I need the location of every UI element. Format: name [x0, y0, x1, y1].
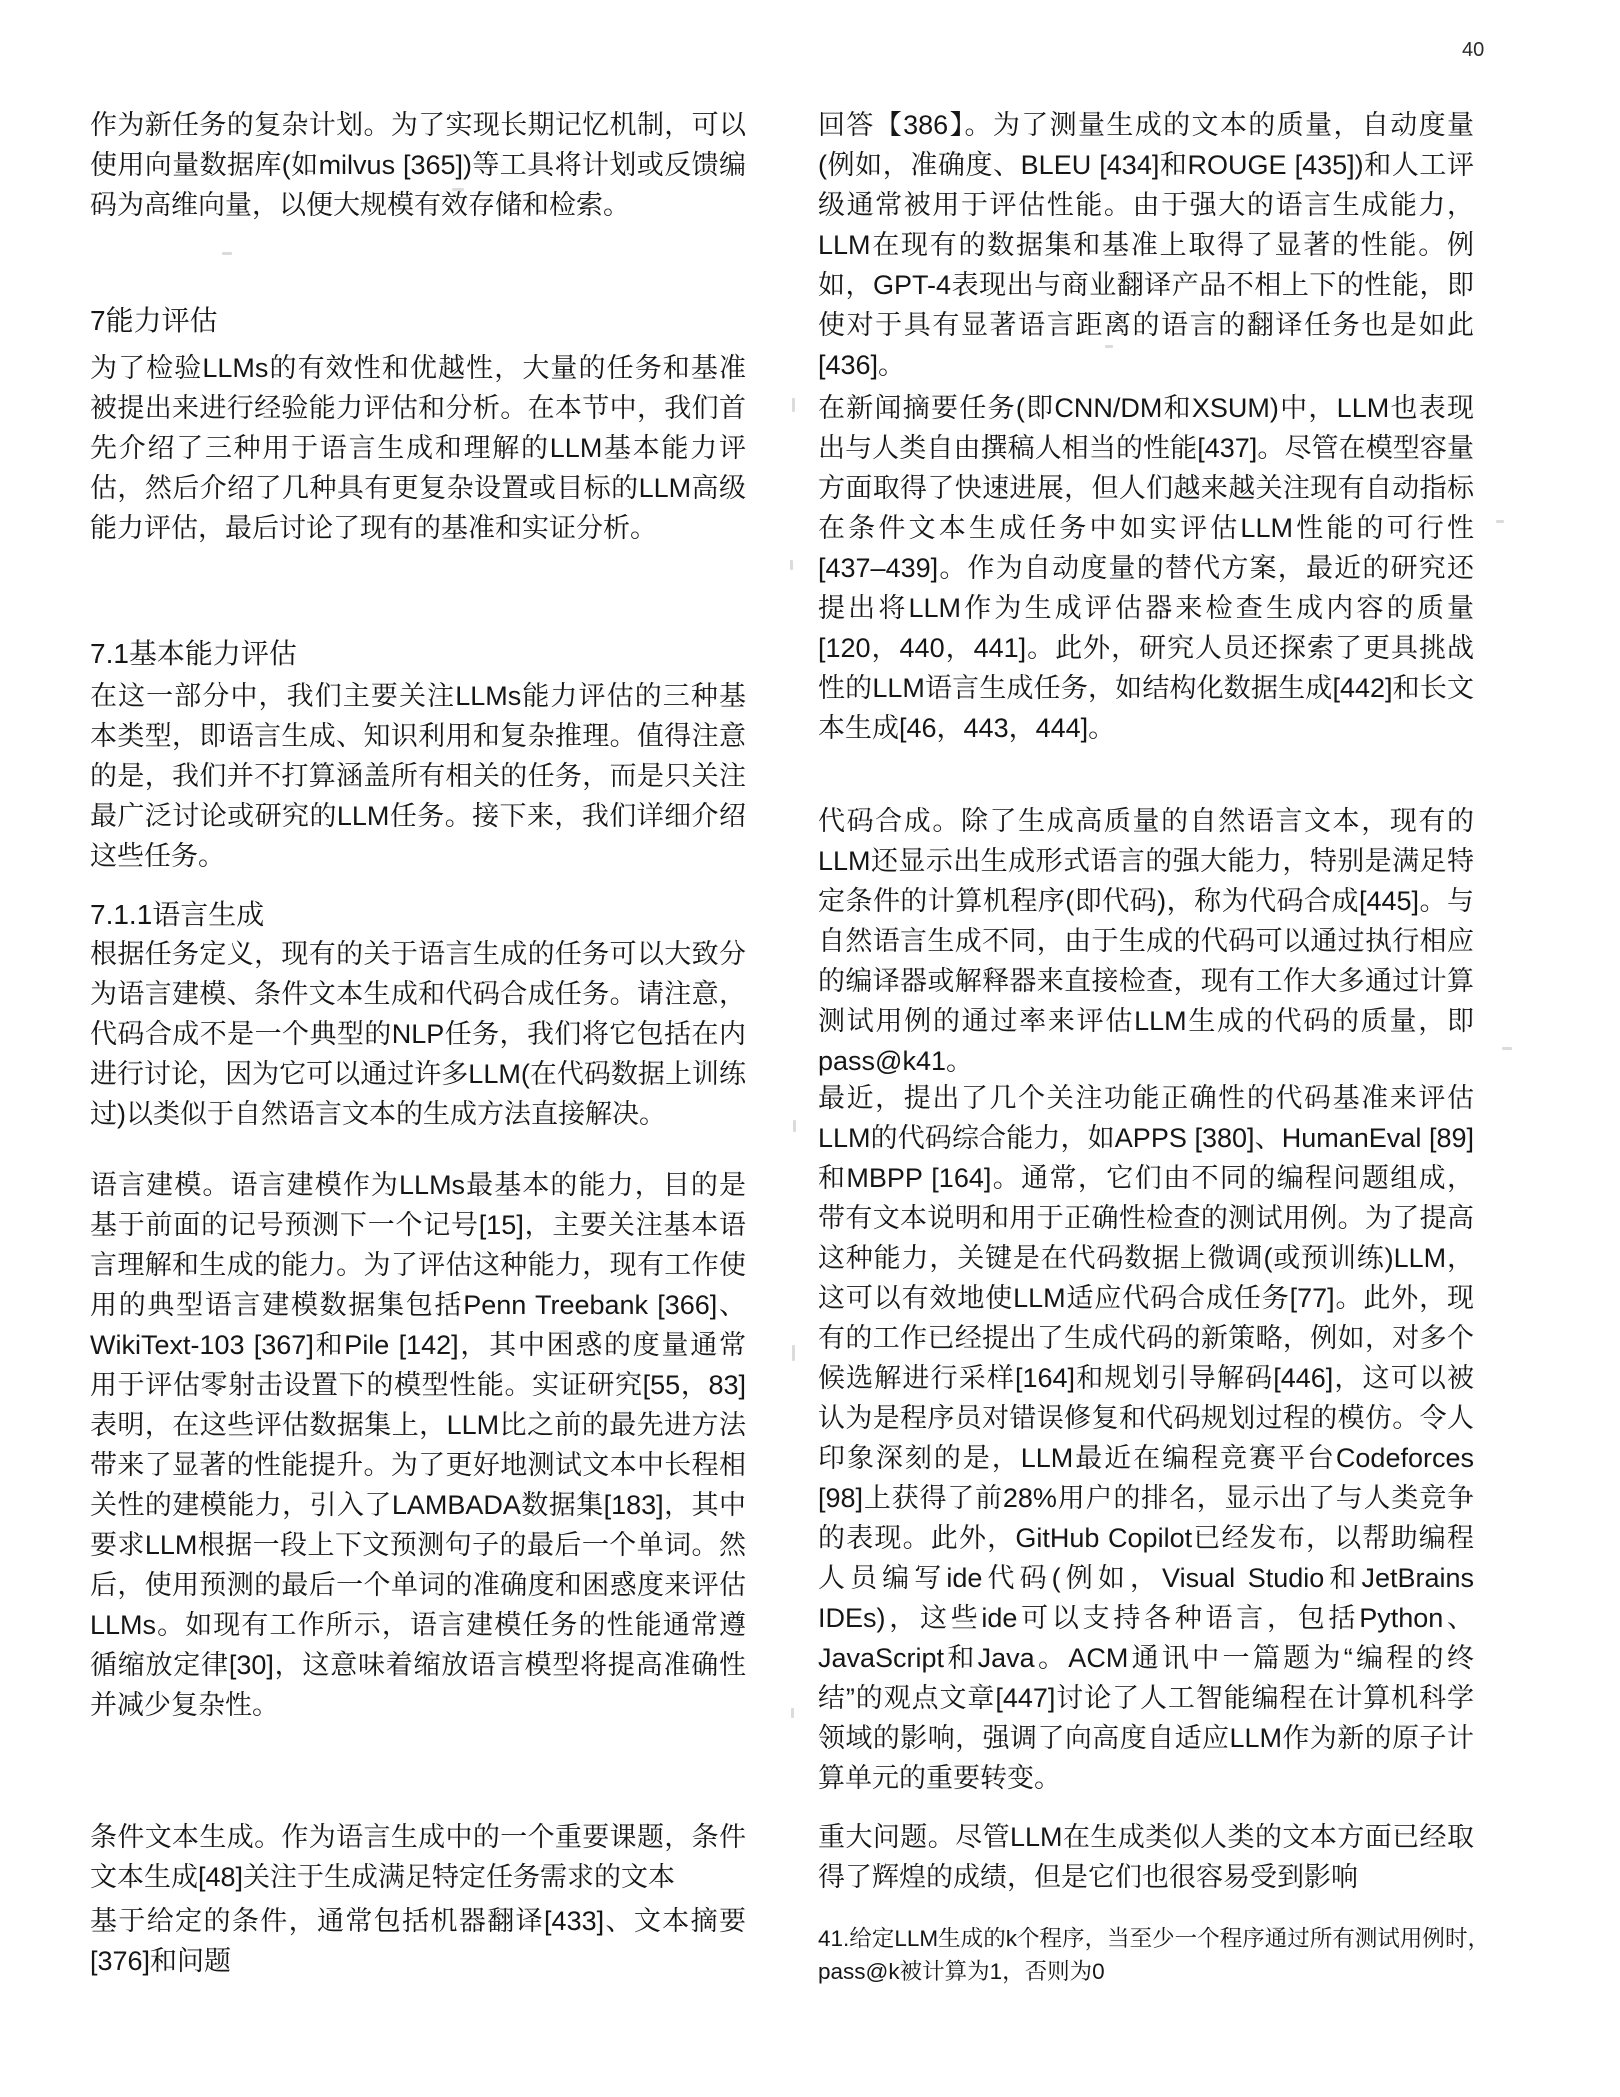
footnote-pass-at-k: 41.给定LLM生成的k个程序，当至少一个程序通过所有测试用例时，pass@k被… [818, 1922, 1490, 1988]
paragraph-code-benchmarks: 最近，提出了几个关注功能正确性的代码基准来评估LLM的代码综合能力，如APPS … [818, 1078, 1474, 1798]
paragraph-code-synthesis: 代码合成。除了生成高质量的自然语言文本，现有的LLM还显示出生成形式语言的强大能… [818, 801, 1474, 1081]
paragraph-given-conditions: 基于给定的条件，通常包括机器翻译[433]、文本摘要[376]和问题 [90, 1901, 746, 1981]
scan-artifact [791, 1708, 794, 1718]
paragraph-capacity-intro: 为了检验LLMs的有效性和优越性，大量的任务和基准被提出来进行经验能力评估和分析… [90, 348, 746, 548]
paragraph-planning-tail: 作为新任务的复杂计划。为了实现长期记忆机制，可以使用向量数据库(如milvus … [90, 105, 746, 225]
scan-artifact [1108, 1832, 1114, 1835]
paragraph-major-issues: 重大问题。尽管LLM在生成类似人类的文本方面已经取得了辉煌的成绩，但是它们也很容… [818, 1817, 1474, 1897]
right-column: 回答【386】。为了测量生成的文本的质量，自动度量(例如，准确度、BLEU [4… [818, 0, 1474, 2097]
scan-artifact [1496, 520, 1504, 523]
heading-capacity-evaluation: 7能力评估 [90, 301, 746, 341]
scan-artifact [560, 1330, 568, 1333]
paragraph-news-summarization: 在新闻摘要任务(即CNN/DM和XSUM)中，LLM也表现出与人类自由撰稿人相当… [818, 388, 1474, 748]
paragraph-conditional-text: 条件文本生成。作为语言生成中的一个重要课题，条件文本生成[48]关注于生成满足特… [90, 1817, 746, 1897]
scan-artifact [792, 1345, 795, 1361]
left-column: 作为新任务的复杂计划。为了实现长期记忆机制，可以使用向量数据库(如milvus … [90, 0, 746, 2097]
scan-artifact [792, 398, 795, 412]
scan-artifact [1502, 1047, 1512, 1050]
heading-language-generation: 7.1.1语言生成 [90, 895, 746, 935]
scan-artifact [1105, 345, 1113, 348]
heading-basic-ability: 7.1基本能力评估 [90, 634, 746, 674]
paragraph-answer-metrics: 回答【386】。为了测量生成的文本的质量，自动度量(例如，准确度、BLEU [4… [818, 105, 1474, 385]
scan-artifact [452, 188, 464, 191]
paragraph-language-generation-intro: 根据任务定义，现有的关于语言生成的任务可以大致分为语言建模、条件文本生成和代码合… [90, 934, 746, 1134]
scan-artifact [790, 560, 793, 570]
scan-artifact [700, 1062, 708, 1065]
document-page: 40 作为新任务的复杂计划。为了实现长期记忆机制，可以使用向量数据库(如milv… [0, 0, 1620, 2097]
paragraph-basic-intro: 在这一部分中，我们主要关注LLMs能力评估的三种基本类型，即语言生成、知识利用和… [90, 676, 746, 876]
scan-artifact [222, 252, 232, 255]
paragraph-language-modeling: 语言建模。语言建模作为LLMs最基本的能力，目的是基于前面的记号预测下一个记号[… [90, 1165, 746, 1725]
scan-artifact [793, 1120, 796, 1132]
